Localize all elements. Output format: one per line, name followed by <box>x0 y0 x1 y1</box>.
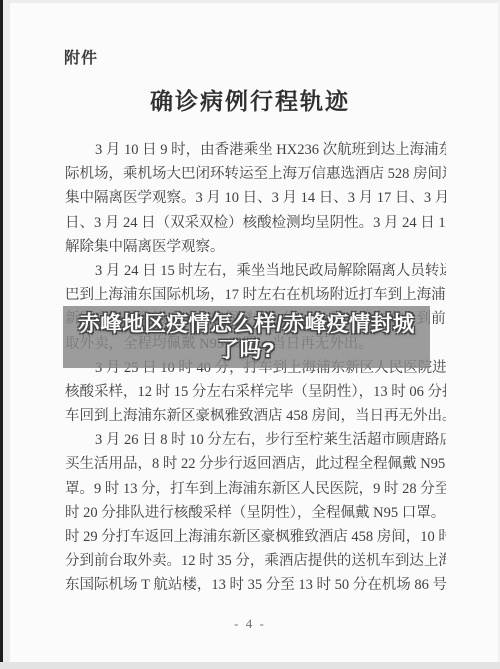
body-line: 3 月 24 日 15 时左右，乘坐当地民政局解除隔离人员转运大 <box>65 259 446 283</box>
body-line: 东国际机场 T 航站楼，13 时 35 分至 13 时 50 分在机场 86 号… <box>65 573 446 597</box>
body-line: 核酸采样，12 时 15 分左右采样完毕（呈阴性），13 时 06 分打 <box>65 380 446 404</box>
body-line: 罩。9 时 13 分，打车到上海浦东新区人民医院，9 时 28 分至 10 <box>65 477 446 501</box>
body-line: 时 20 分排队进行核酸采样（呈阴性），全程佩戴 N95 口罩。10 <box>65 501 446 525</box>
scan-edge-bottom <box>0 662 500 669</box>
body-line: 解除集中隔离医学观察。 <box>65 235 446 259</box>
body-line: 集中隔离医学观察。3 月 10 日、3 月 14 日、3 月 17 日、3 月 … <box>65 186 446 210</box>
watermark-overlay: 赤峰地区疫情怎么样/赤峰疫情封城 了吗? <box>63 306 430 368</box>
body-line: 分到前台取外卖。12 时 35 分，乘酒店提供的送机车到达上海浦 <box>65 549 446 573</box>
scan-edge-top <box>0 0 500 3</box>
body-line: 买生活用品，8 时 22 分步行返回酒店，此过程全程佩戴 N95 口 <box>65 452 446 476</box>
watermark-text-line2: 了吗? <box>218 337 276 363</box>
body-line: 巴到上海浦东国际机场，17 时左右在机场附近打车到上海浦东 <box>65 283 446 307</box>
attachment-label: 附件 <box>64 45 98 68</box>
body-line: 日、3 月 24 日（双采双检）核酸检测均呈阴性。3 月 24 日 15 时， <box>65 211 446 235</box>
watermark-text-line1: 赤峰地区疫情怎么样/赤峰疫情封城 <box>78 311 414 337</box>
body-line: 车回到上海浦东新区豪枫雅致酒店 458 房间，当日再无外出。 <box>65 404 446 428</box>
body-line: 际机场，乘机场大巴闭环转运至上海万信惠选酒店 528 房间进行 <box>65 162 446 186</box>
document-title: 确诊病例行程轨迹 <box>0 83 500 116</box>
body-line: 3 月 10 日 9 时，由香港乘坐 HX236 次航班到达上海浦东国 <box>65 138 446 162</box>
body-line: 时 29 分打车返回上海浦东新区豪枫雅致酒店 458 房间，10 时 35 <box>65 525 446 549</box>
body-line: 3 月 26 日 8 时 10 分左右，步行至柠莱生活超市顾唐路店购 <box>65 428 446 452</box>
page-number: - 4 - <box>0 616 500 632</box>
